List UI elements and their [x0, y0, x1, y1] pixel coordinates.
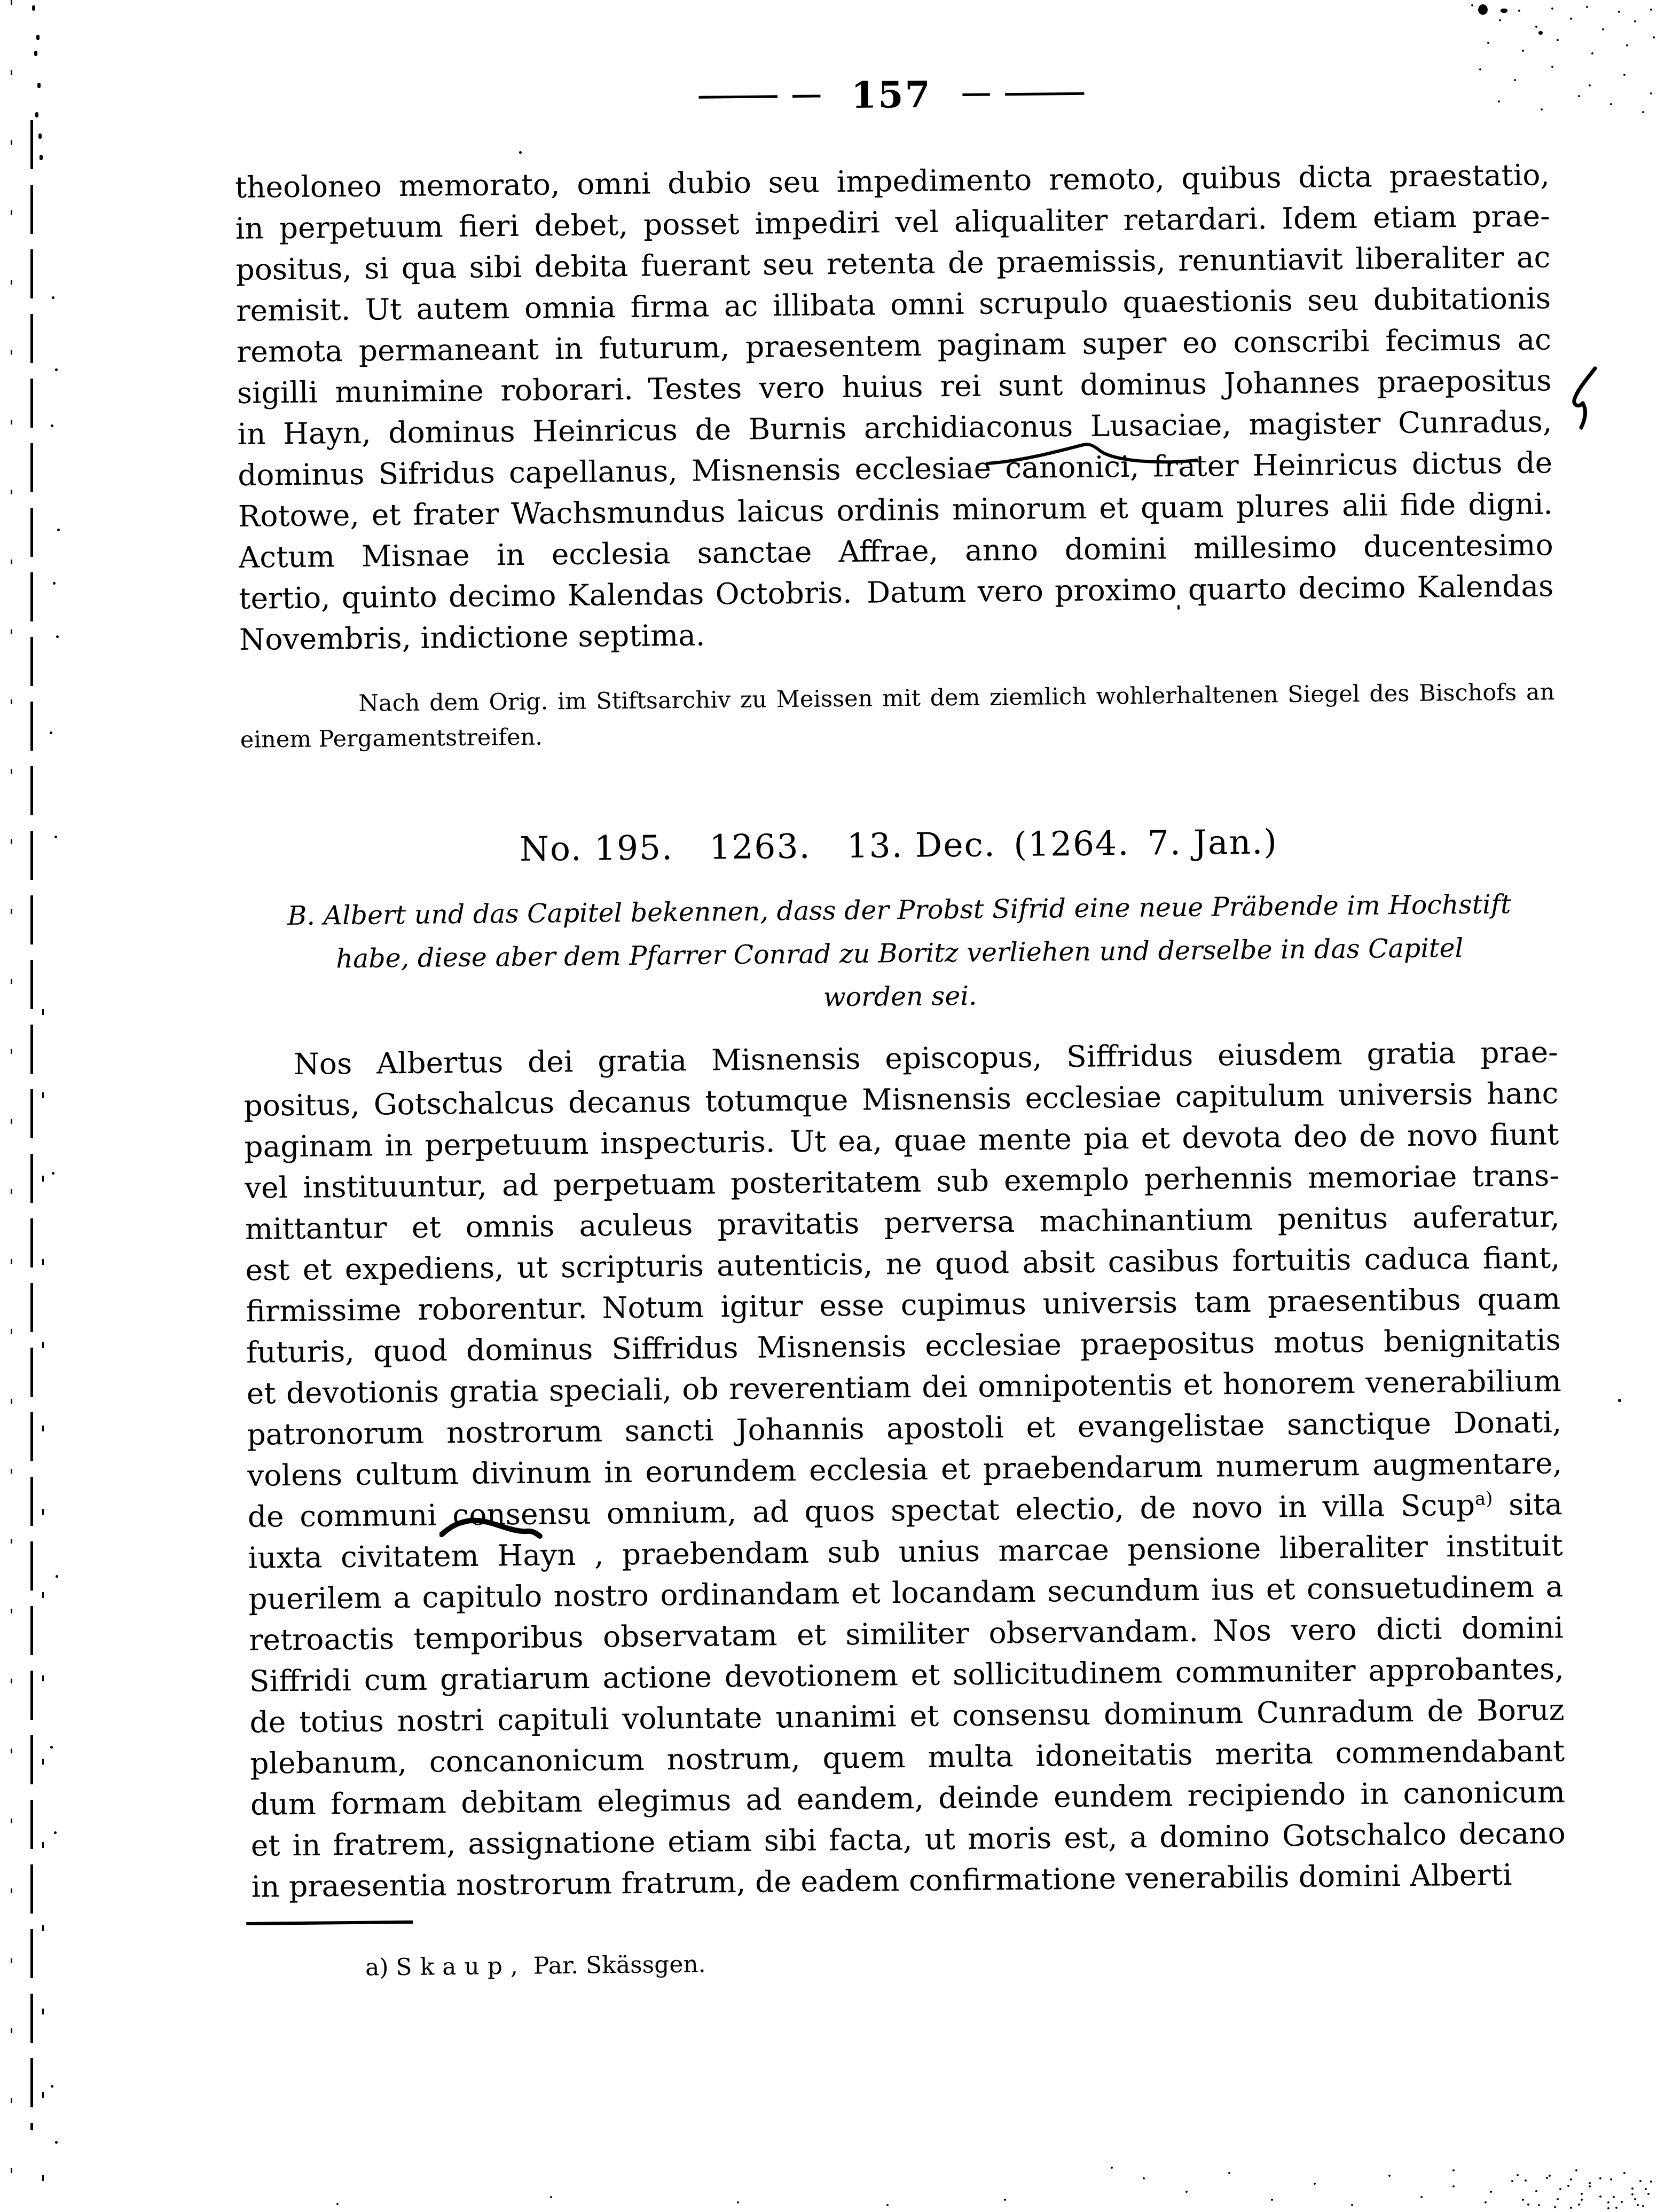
pencil-underline-lusaciae: [985, 441, 1199, 469]
scan-edge-dotted-line-inner: [42, 1009, 44, 2189]
scan-gutter-line: [30, 120, 33, 2130]
source-note: Nach dem Orig. im Stiftsarchiv zu Meisse…: [240, 674, 1555, 758]
pencil-margin-squiggle: [1566, 366, 1605, 435]
scan-noise-bottom-right: [1111, 2167, 1113, 2169]
charter-194-body-text: theoloneo memorato, omni dubio seu imped…: [235, 154, 1554, 660]
footnote-marker: a): [365, 1954, 396, 1981]
scan-noise-top-left: [32, 5, 35, 11]
printed-page-content: 157 theoloneo memorato, omni dubio seu i…: [234, 62, 1567, 1985]
page-number: 157: [851, 68, 932, 122]
scan-speckle: [519, 151, 522, 154]
scan-ink-blob: [1478, 4, 1488, 15]
scan-noise-left-column: [52, 296, 54, 299]
scan-speckle: [1538, 31, 1543, 35]
footnote-place-name: Skaup,: [396, 1953, 526, 1981]
page-number-dash-right: [963, 92, 1085, 96]
scan-speckle: [1618, 1399, 1621, 1402]
page-header: 157: [234, 62, 1549, 128]
charter-195-body-text: Nos Albertus dei gratia Misnensis episco…: [243, 1032, 1566, 1908]
scan-noise-top-right: [1471, 4, 1473, 6]
charter-195-summary: B. Albert und das Capitel bekennen, dass…: [242, 882, 1558, 1025]
scan-ink-blob-small: [1501, 9, 1507, 13]
footnote-reference-marker: a): [1475, 1488, 1493, 1509]
footnote-separator-rule: [246, 1920, 413, 1925]
scan-speckle: [1177, 605, 1180, 610]
scan-edge-dotted-line-outer: [11, 0, 12, 2212]
footnote-a: a) Skaup, Par. Skässgen.: [252, 1940, 1567, 1985]
pencil-underline-consensu: [439, 1515, 544, 1543]
footnote-text: Par. Skässgen.: [526, 1951, 706, 1980]
scanned-book-page: { "page": { "number": "157" }, "entry_pr…: [0, 0, 1657, 2212]
charter-195-heading: No. 195. 1263. 13. Dec. (1264. 7. Jan.): [241, 816, 1557, 876]
page-number-dash-left: [698, 95, 820, 98]
scan-noise-bottom-right-dense: [1517, 2174, 1519, 2176]
